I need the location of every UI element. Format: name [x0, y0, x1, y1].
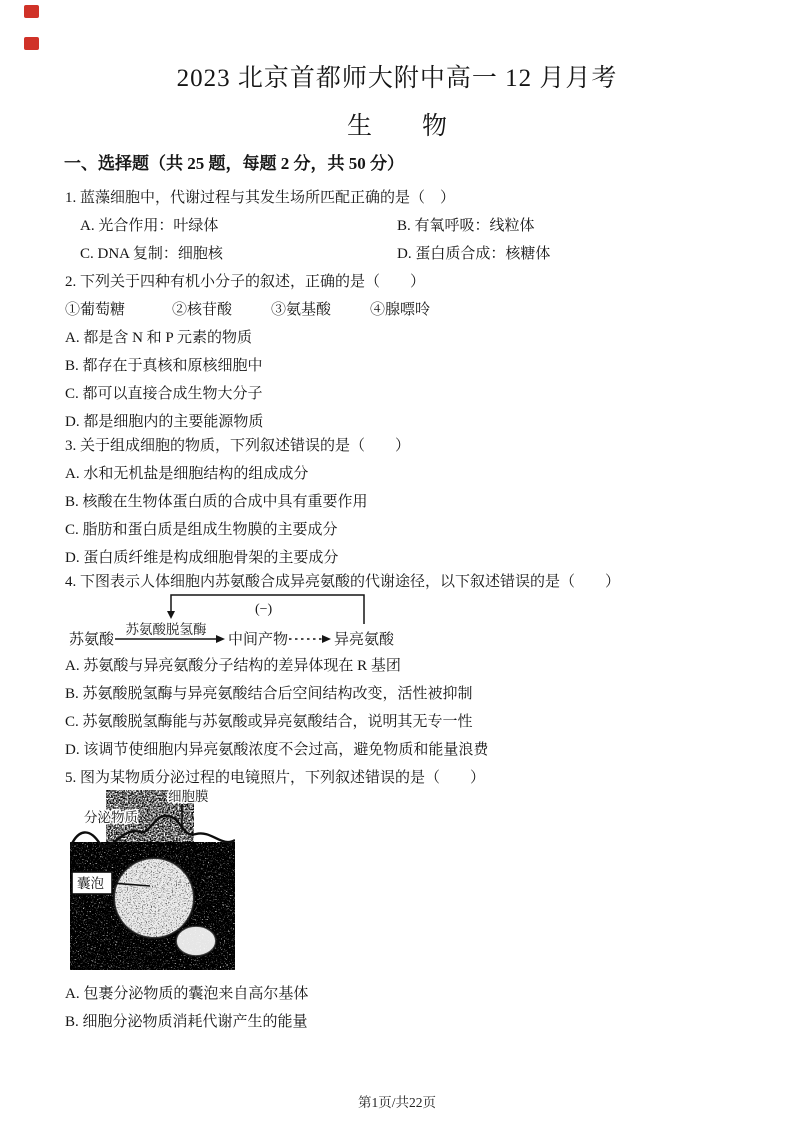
secretion-label: 分泌物质 — [84, 809, 138, 825]
question-2-item-4: ④腺嘌呤 — [370, 300, 430, 321]
question-4-option-c: C. 苏氨酸脱氢酶能与苏氨酸或异亮氨酸结合，说明其无专一性 — [65, 712, 473, 736]
section-heading: 一、选择题（共 25 题，每题 2 分，共 50 分） — [64, 149, 404, 174]
question-3-option-d: D. 蛋白质纤维是构成细胞骨架的主要成分 — [65, 548, 338, 572]
page-number: 第1页/共22页 — [0, 1091, 794, 1111]
question-2-item-1: ①葡萄糖 — [65, 300, 125, 321]
enzyme-label: 苏氨酸脱氢酶 — [126, 621, 207, 637]
vesicle-label: 囊泡 — [77, 875, 104, 891]
question-1-options-row-1: A. 光合作用：叶绿体 B. 有氧呼吸：线粒体 — [65, 216, 80, 240]
question-3-option-b: B. 核酸在生物体蛋白质的合成中具有重要作用 — [65, 492, 368, 516]
substrate-label: 苏氨酸 — [69, 630, 115, 648]
question-3-option-a: A. 水和无机盐是细胞结构的组成成分 — [65, 464, 308, 488]
question-2-option-b: B. 都存在于真核和原核细胞中 — [65, 356, 263, 380]
annotation-mark-2 — [24, 37, 39, 50]
question-2-items-row: ①葡萄糖 ②核苷酸 ③氨基酸 ④腺嘌呤 — [65, 300, 80, 324]
reaction-arrowhead-icon — [216, 635, 225, 643]
question-2-option-a: A. 都是含 N 和 P 元素的物质 — [65, 328, 252, 352]
question-4-option-b: B. 苏氨酸脱氢酶与异亮氨酸结合后空间结构改变，活性被抑制 — [65, 684, 473, 708]
intermediate-label: 中间产物 — [228, 630, 288, 648]
question-2-stem: 2. 下列关于四种有机小分子的叙述，正确的是（ ） — [65, 272, 425, 296]
product-label: 异亮氨酸 — [334, 631, 395, 648]
question-4-option-d: D. 该调节使细胞内异亮氨酸浓度不会过高，避免物质和能量浪费 — [65, 740, 488, 764]
question-2-item-2: ②核苷酸 — [172, 300, 232, 321]
question-1-stem: 1. 蓝藻细胞中，代谢过程与其发生场所匹配正确的是（ ） — [65, 188, 455, 212]
annotation-mark-1 — [24, 5, 39, 18]
question-4-option-a: A. 苏氨酸与异亮氨酸分子结构的差异体现在 R 基团 — [65, 656, 401, 680]
question-2-item-3: ③氨基酸 — [271, 300, 331, 321]
question-3-stem: 3. 关于组成细胞的物质，下列叙述错误的是（ ） — [65, 436, 410, 460]
membrane-label: 细胞膜 — [168, 789, 209, 804]
metabolic-pathway-diagram: (−) 苏氨酸 苏氨酸脱氢酶 中间产物 异亮氨酸 — [65, 586, 395, 650]
question-1-option-b: B. 有氧呼吸：线粒体 — [397, 216, 535, 237]
subject-title: 生 物 — [0, 106, 794, 142]
micrograph-svg: 分泌物质 细胞膜 囊泡 — [70, 786, 235, 970]
question-1-option-c: C. DNA 复制：细胞核 — [80, 244, 223, 265]
exam-page: 2023 北京首都师大附中高一 12 月月考 生 物 一、选择题（共 25 题，… — [0, 0, 794, 1123]
page-title: 2023 北京首都师大附中高一 12 月月考 — [0, 58, 794, 94]
question-3-option-c: C. 脂肪和蛋白质是组成生物膜的主要成分 — [65, 520, 338, 544]
question-1-option-d: D. 蛋白质合成：核糖体 — [397, 244, 550, 265]
em-micrograph-figure: 分泌物质 细胞膜 囊泡 — [70, 786, 235, 970]
question-1-option-a: A. 光合作用：叶绿体 — [80, 216, 218, 237]
inhibition-label: (−) — [255, 602, 273, 617]
question-2-option-d: D. 都是细胞内的主要能源物质 — [65, 412, 263, 436]
feedback-arrowhead-icon — [167, 611, 175, 619]
dotted-arrowhead-icon — [322, 635, 331, 643]
pathway-svg: (−) 苏氨酸 苏氨酸脱氢酶 中间产物 异亮氨酸 — [65, 586, 395, 650]
question-5-option-b: B. 细胞分泌物质消耗代谢产生的能量 — [65, 1012, 308, 1036]
question-5-option-a: A. 包裹分泌物质的囊泡来自高尔基体 — [65, 984, 308, 1008]
question-2-option-c: C. 都可以直接合成生物大分子 — [65, 384, 263, 408]
question-1-options-row-2: C. DNA 复制：细胞核 D. 蛋白质合成：核糖体 — [65, 244, 80, 268]
